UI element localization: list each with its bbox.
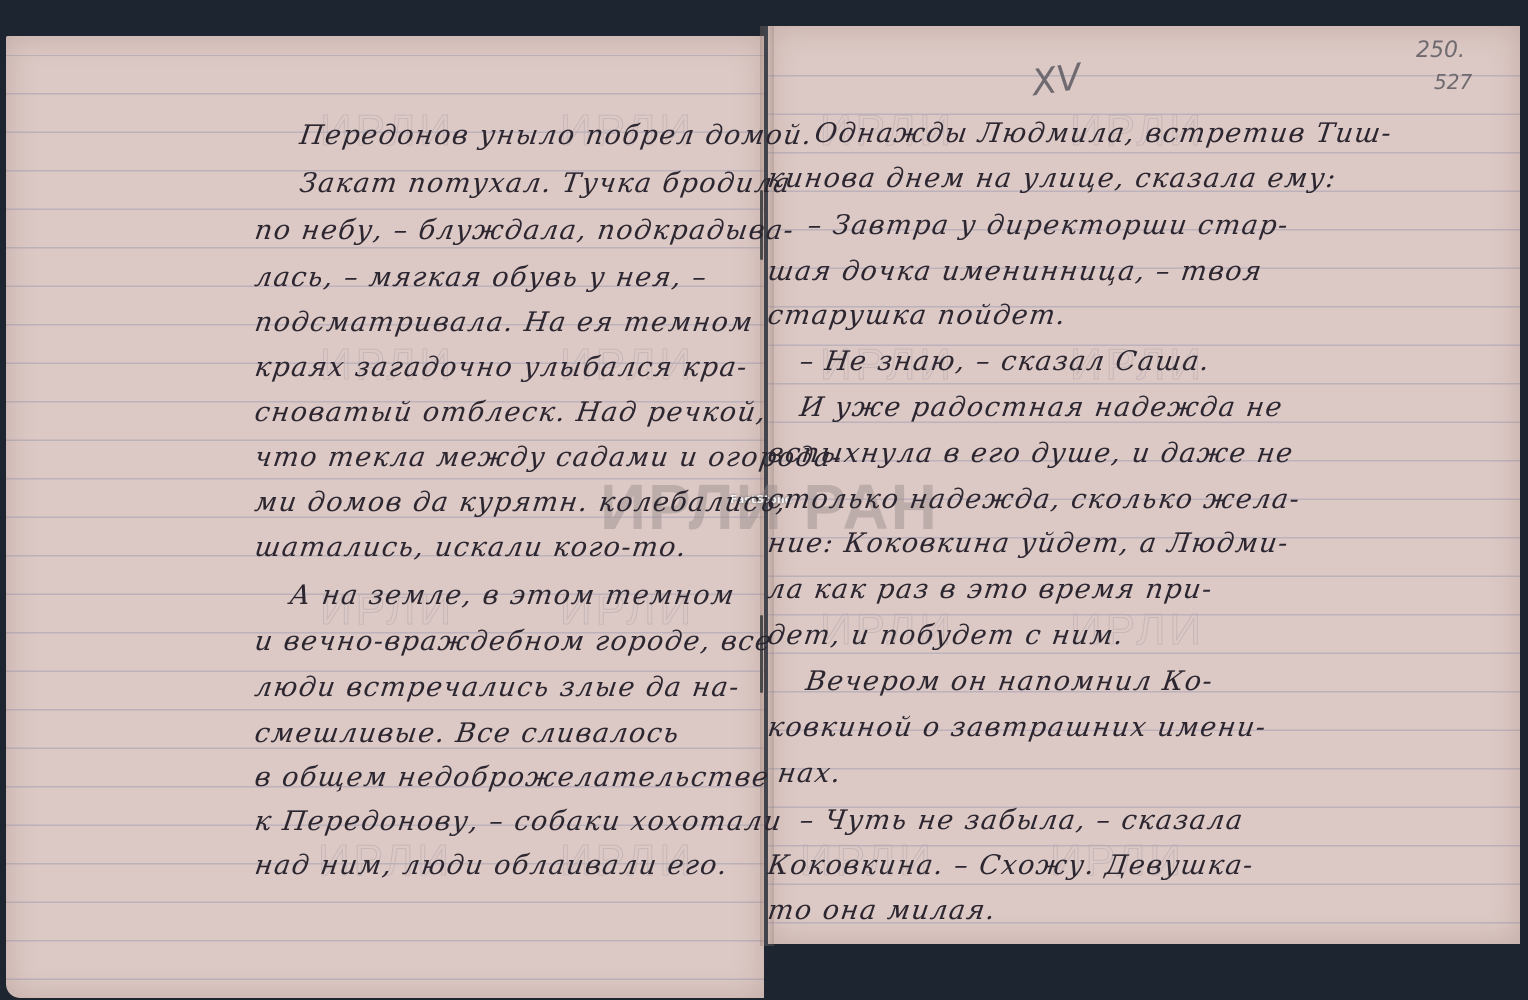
text-line: над ним, люди облаивали его.: [253, 850, 731, 881]
text-line: кинова днем на улице, сказала ему:: [766, 163, 1339, 194]
text-line: подсматривала. На ея темном: [253, 307, 756, 338]
text-line: вспыхнула в его душе, и даже не: [766, 438, 1296, 469]
text-line: А на земле, в этом темном: [288, 580, 737, 611]
text-line: и вечно-враждебном городе, все: [253, 626, 775, 657]
text-line: – Завтра у директорши стар-: [806, 210, 1291, 241]
text-line: лась, – мягкая обувь у нея, –: [253, 262, 710, 293]
archive-number: 250.: [1416, 38, 1465, 63]
text-line: ковкиной о завтрашних имени-: [766, 712, 1269, 743]
text-line: смешливые. Все сливалось: [253, 718, 682, 749]
text-line: Однажды Людмила, встретив Тиш-: [813, 118, 1395, 149]
text-line: по небу, – блуждала, подкрадыва-: [253, 215, 797, 246]
text-line: – Чуть не забыла, – сказала: [798, 805, 1246, 836]
text-line: ла как раз в это время при-: [766, 574, 1215, 605]
text-line: ние: Коковкина уйдет, а Людми-: [766, 528, 1291, 559]
text-line: в общем недоброжелательстве: [253, 762, 772, 793]
text-line: шая дочка именинница, – твоя: [766, 256, 1265, 287]
chapter-mark: XV: [1029, 57, 1084, 104]
text-line: Коковкина. – Схожу. Девушка-: [766, 850, 1256, 881]
text-line: – Не знаю, – сказал Саша.: [798, 346, 1213, 377]
text-line: столько надежда, сколько жела-: [766, 484, 1303, 515]
text-line: Передонов уныло побрел домой.: [298, 120, 815, 151]
text-line: краях загадочно улыбался кра-: [253, 352, 750, 383]
text-line: к Передонову, – собаки хохотали: [253, 806, 785, 837]
archive-number: 527: [1434, 70, 1472, 94]
text-line: И уже радостная надежда не: [798, 392, 1285, 423]
text-line: дет, и побудет с ним.: [766, 620, 1127, 651]
text-line: шатались, искали кого-то.: [253, 532, 690, 563]
text-line: люди встречались злые да на-: [253, 672, 742, 703]
text-line: что текла между садами и огорода-: [253, 442, 845, 473]
text-line: ми домов да курятн. колебались,: [253, 487, 789, 518]
text-line: сноватый отблеск. Над речкой,: [253, 397, 769, 428]
text-line: Вечером он напомнил Ко-: [804, 666, 1216, 697]
text-line: нах.: [776, 758, 844, 789]
text-line: Закат потухал. Тучка бродила: [298, 168, 793, 199]
text-line: старушка пойдет.: [766, 300, 1069, 331]
text-line: то она милая.: [766, 895, 999, 926]
